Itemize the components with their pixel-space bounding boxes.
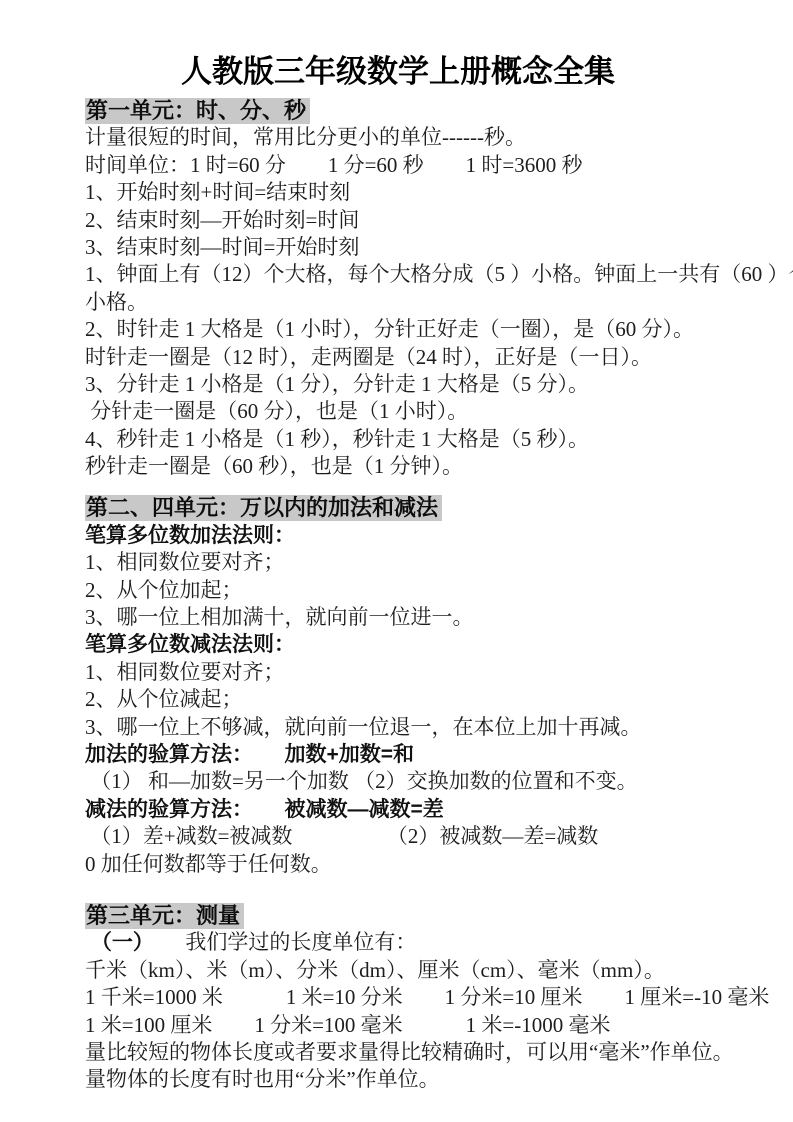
bold-text-line: 减法的验算方法： 被减数—减数=差: [85, 796, 711, 823]
section-heading-text: 第一单元：时、分、秒: [85, 98, 310, 124]
text-line: 3、哪一位上相加满十，就向前一位进一。: [85, 604, 711, 631]
text-line: （1）差+减数=被减数 （2）被减数—差=减数: [85, 823, 711, 850]
bold-text-line: 笔算多位数减法法则：: [85, 631, 711, 658]
text-line: 3、分针走 1 小格是（1 分），分针走 1 大格是（5 分）。: [85, 371, 711, 398]
document-page: 人教版三年级数学上册概念全集 第一单元：时、分、秒计量很短的时间，常用比分更小的…: [0, 0, 793, 1122]
text-line: 1 千米=1000 米 1 米=10 分米 1 分米=10 厘米 1 厘米=-1…: [85, 984, 711, 1011]
bold-text-line: 加法的验算方法： 加数+加数=和: [85, 741, 711, 768]
text-line: 秒针走一圈是（60 秒），也是（1 分钟）。: [85, 453, 711, 480]
page-title: 人教版三年级数学上册概念全集: [85, 52, 711, 92]
text-line: （1） 和—加数=另一个加数 （2）交换加数的位置和不变。: [85, 768, 711, 795]
text-line: 1、相同数位要对齐；: [85, 659, 711, 686]
text-line: 1、相同数位要对齐；: [85, 549, 711, 576]
text-line: 千米（km）、米（m）、分米（dm）、厘米（cm）、毫米（mm）。: [85, 957, 711, 984]
text-line: 2、从个位减起；: [85, 686, 711, 713]
section-heading: 第二、四单元：万以内的加法和减法: [85, 494, 711, 521]
text-line: 2、结束时刻—开始时刻=时间: [85, 207, 711, 234]
section-spacer: [85, 480, 711, 494]
text-line: （一） 我们学过的长度单位有：: [85, 929, 711, 956]
text-line: 4、秒针走 1 小格是（1 秒），秒针走 1 大格是（5 秒）。: [85, 426, 711, 453]
text-line: 量比较短的物体长度或者要求量得比较精确时，可以用“毫米”作单位。: [85, 1039, 711, 1066]
text-line: 0 加任何数都等于任何数。: [85, 851, 711, 878]
text-line: 时针走一圈是（12 时），走两圈是（24 时），正好是（一日）。: [85, 344, 711, 371]
text-line: 计量很短的时间，常用比分更小的单位------秒。: [85, 124, 711, 151]
section-heading-text: 第二、四单元：万以内的加法和减法: [85, 495, 442, 521]
section-spacer: [85, 878, 711, 902]
text-line: 小格。: [85, 289, 711, 316]
document-body: 第一单元：时、分、秒计量很短的时间，常用比分更小的单位------秒。时间单位：…: [85, 97, 711, 1094]
text-line: 量物体的长度有时也用“分米”作单位。: [85, 1066, 711, 1093]
text-line: 2、从个位加起；: [85, 577, 711, 604]
section-heading-text: 第三单元：测量: [85, 903, 244, 929]
text-line: 1 米=100 厘米 1 分米=100 毫米 1 米=-1000 毫米: [85, 1012, 711, 1039]
section-heading: 第三单元：测量: [85, 902, 711, 929]
text-segment: 我们学过的长度单位有：: [143, 930, 416, 954]
text-line: 1、开始时刻+时间=结束时刻: [85, 179, 711, 206]
bold-text-segment: （一）: [85, 931, 143, 954]
text-line: 3、结束时刻—时间=开始时刻: [85, 234, 711, 261]
bold-text-line: 笔算多位数加法法则：: [85, 522, 711, 549]
text-line: 分针走一圈是（60 分），也是（1 小时）。: [85, 398, 711, 425]
text-line: 时间单位：1 时=60 分 1 分=60 秒 1 时=3600 秒: [85, 152, 711, 179]
section-heading: 第一单元：时、分、秒: [85, 97, 711, 124]
document-content: 人教版三年级数学上册概念全集 第一单元：时、分、秒计量很短的时间，常用比分更小的…: [85, 52, 711, 1094]
text-line: 2、时针走 1 大格是（1 小时），分针正好走（一圈），是（60 分）。: [85, 316, 711, 343]
text-line: 1、钟面上有（12）个大格，每个大格分成（5 ）小格。钟面上一共有（60 ）个: [85, 261, 711, 288]
text-line: 3、哪一位上不够减，就向前一位退一，在本位上加十再减。: [85, 714, 711, 741]
